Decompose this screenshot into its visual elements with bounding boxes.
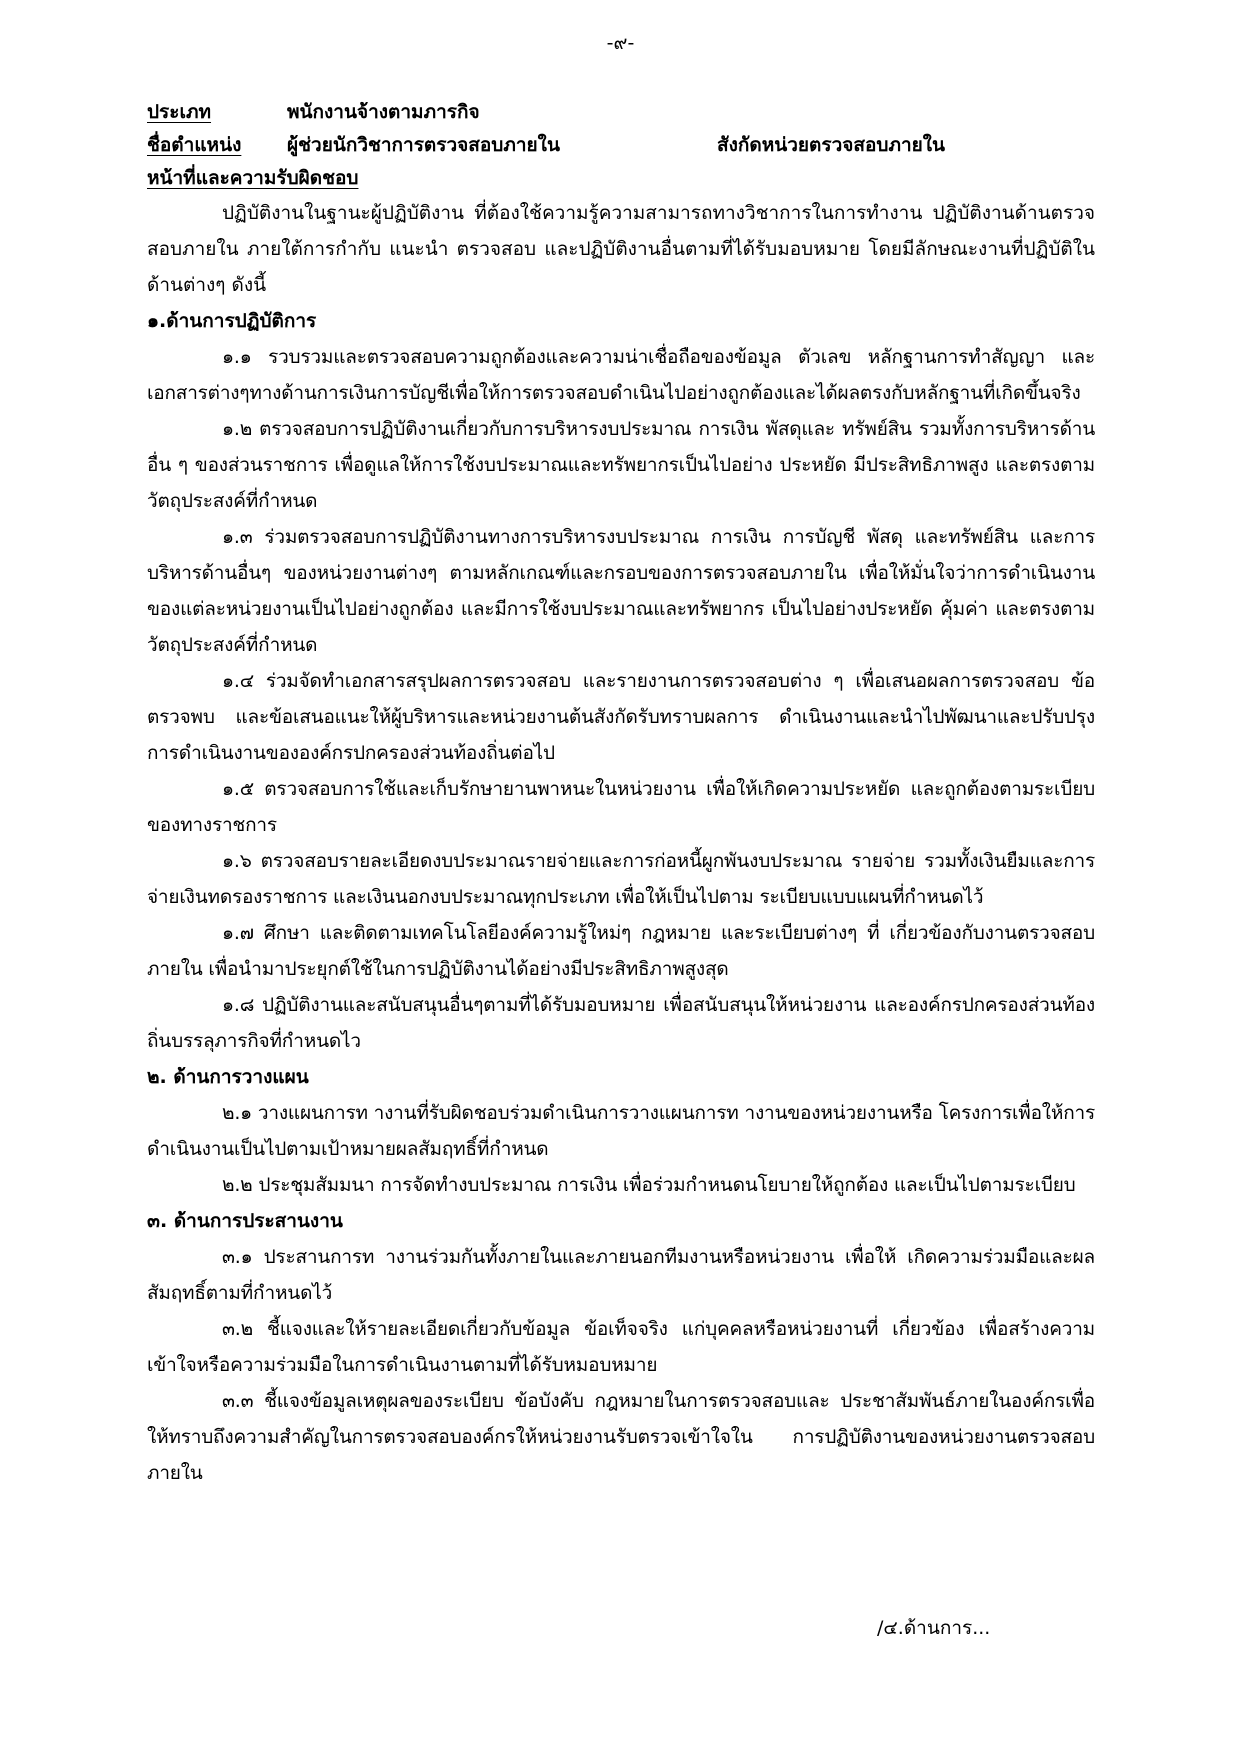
- list-item: ๑.๑ รวบรวมและตรวจสอบความถูกต้องและความน่…: [147, 339, 1095, 411]
- position-label: ชื่อตำแหน่ง: [147, 129, 287, 162]
- list-item: ๒.๑ วางแผนการท างานที่รับผิดชอบร่วมดำเนิ…: [147, 1095, 1095, 1167]
- duties-title: หน้าที่และความรับผิดชอบ: [147, 162, 1095, 195]
- section-title: ๑.ด้านการปฏิบัติการ: [147, 303, 1095, 339]
- page-number: -๙-: [0, 28, 1241, 58]
- section-title: ๓. ด้านการประสานงาน: [147, 1203, 1095, 1239]
- type-label: ประเภท: [147, 96, 287, 129]
- position-value: ผู้ช่วยนักวิชาการตรวจสอบภายใน: [287, 129, 717, 162]
- continuation-marker: /๔.ด้านการ...: [877, 1613, 990, 1643]
- document-body: ประเภท พนักงานจ้างตามภารกิจ ชื่อตำแหน่ง …: [147, 96, 1095, 1491]
- list-item: ๑.๓ ร่วมตรวจสอบการปฏิบัติงานทางการบริหาร…: [147, 519, 1095, 663]
- list-item: ๑.๕ ตรวจสอบการใช้และเก็บรักษายานพาหนะในห…: [147, 771, 1095, 843]
- list-item: ๑.๖ ตรวจสอบรายละเอียดงบประมาณรายจ่ายและก…: [147, 843, 1095, 915]
- list-item: ๓.๓ ชี้แจงข้อมูลเหตุผลของระเบียบ ข้อบังค…: [147, 1383, 1095, 1491]
- intro-paragraph: ปฏิบัติงานในฐานะผู้ปฏิบัติงาน ที่ต้องใช้…: [147, 195, 1095, 303]
- list-item: ๒.๒ ประชุมสัมมนา การจัดทำงบประมาณ การเงิ…: [147, 1167, 1095, 1203]
- section-coordination: ๓. ด้านการประสานงาน ๓.๑ ประสานการท างานร…: [147, 1203, 1095, 1491]
- document-page: -๙- ประเภท พนักงานจ้างตามภารกิจ ชื่อตำแห…: [0, 0, 1241, 1755]
- list-item: ๓.๒ ชี้แจงและให้รายละเอียดเกี่ยวกับข้อมู…: [147, 1311, 1095, 1383]
- list-item: ๑.๒ ตรวจสอบการปฏิบัติงานเกี่ยวกับการบริห…: [147, 411, 1095, 519]
- list-item: ๑.๔ ร่วมจัดทำเอกสารสรุปผลการตรวจสอบ และร…: [147, 663, 1095, 771]
- section-planning: ๒. ด้านการวางแผน ๒.๑ วางแผนการท างานที่ร…: [147, 1059, 1095, 1203]
- list-item: ๑.๘ ปฏิบัติงานและสนับสนุนอื่นๆตามที่ได้ร…: [147, 987, 1095, 1059]
- type-row: ประเภท พนักงานจ้างตามภารกิจ: [147, 96, 1095, 129]
- affiliation-value: สังกัดหน่วยตรวจสอบภายใน: [717, 129, 1095, 162]
- section-operations: ๑.ด้านการปฏิบัติการ ๑.๑ รวบรวมและตรวจสอบ…: [147, 303, 1095, 1059]
- list-item: ๓.๑ ประสานการท างานร่วมกันทั้งภายในและภา…: [147, 1239, 1095, 1311]
- section-title: ๒. ด้านการวางแผน: [147, 1059, 1095, 1095]
- position-row: ชื่อตำแหน่ง ผู้ช่วยนักวิชาการตรวจสอบภายใ…: [147, 129, 1095, 162]
- list-item: ๑.๗ ศึกษา และติดตามเทคโนโลยีองค์ความรู้ใ…: [147, 915, 1095, 987]
- type-value: พนักงานจ้างตามภารกิจ: [287, 96, 717, 129]
